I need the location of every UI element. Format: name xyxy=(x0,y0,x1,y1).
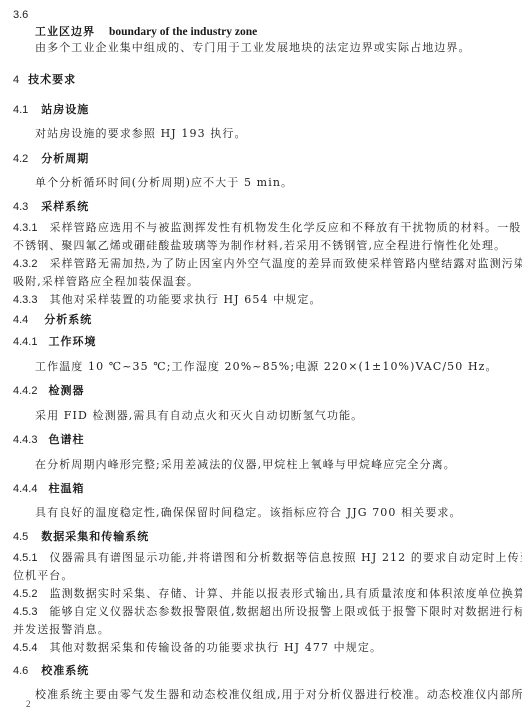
clause-4-5-4: 4.5.4其他对数据采集和传输设备的功能要求执行 HJ 477 中规定。 xyxy=(13,641,382,655)
clause-4-3-1: 4.3.1采样管路应选用不与被监测挥发性有机物发生化学反应和不释放有干扰物质的材… xyxy=(13,221,522,235)
subsection-number: 4.4.1 xyxy=(13,336,37,348)
section-number: 4.3 xyxy=(13,201,28,213)
clause-number: 4.3.2 xyxy=(13,258,37,270)
section-number: 4.4 xyxy=(13,314,28,326)
clause-4-3-1-cont: 不锈钢、聚四氟乙烯或硼硅酸盐玻璃等为制作材料,若采用不锈钢管,应全程进行惰性化处… xyxy=(13,239,506,253)
clause-text: 其他对采样装置的功能要求执行 HJ 654 中规定。 xyxy=(49,293,321,306)
section-number: 4.1 xyxy=(13,104,28,116)
subsection-number: 4.4.2 xyxy=(13,385,37,397)
clause-4-3-2: 4.3.2采样管路无需加热,为了防止因室内外空气温度的差异而致使采样管路内壁结露… xyxy=(13,257,522,271)
section-heading-4-6: 4.6校准系统 xyxy=(13,664,89,678)
clause-4-5-1: 4.5.1仪器需具有谱图显示功能,并将谱图和分析数据等信息按照 HJ 212 的… xyxy=(13,551,522,565)
subsection-text-4-4-4: 具有良好的温度稳定性,确保保留时间稳定。该指标应符合 JJG 700 相关要求。 xyxy=(35,506,462,520)
clause-4-5-3-cont: 并发送报警消息。 xyxy=(13,623,110,637)
chapter-number: 4 xyxy=(13,74,19,86)
clause-4-3-3: 4.3.3其他对采样装置的功能要求执行 HJ 654 中规定。 xyxy=(13,293,322,307)
subsection-title: 工作环境 xyxy=(48,335,96,348)
chapter-heading: 4技术要求 xyxy=(13,73,76,87)
section-title: 采样系统 xyxy=(41,200,89,213)
clause-4-5-2: 4.5.2监测数据实时采集、存储、计算、并能以报表形式输出,具有质量浓度和体积浓… xyxy=(13,587,522,601)
section-title: 站房设施 xyxy=(41,103,89,116)
term-title: 工业区边界boundary of the industry zone xyxy=(35,25,257,39)
section-heading-4-5: 4.5数据采集和传输系统 xyxy=(13,530,149,544)
clause-text: 采样管路应选用不与被监测挥发性有机物发生化学反应和不释放有干扰物质的材料。一般以 xyxy=(49,221,522,234)
clause-text: 采样管路无需加热,为了防止因室内外空气温度的差异而致使采样管路内壁结露对监测污染… xyxy=(49,257,522,270)
clause-number: 4.3.1 xyxy=(13,222,37,234)
clause-number: 4.3.3 xyxy=(13,294,37,306)
subsection-title: 检测器 xyxy=(48,384,84,397)
section-title: 分析系统 xyxy=(44,313,92,326)
section-heading-4-3: 4.3采样系统 xyxy=(13,200,89,214)
clause-number: 4.5.1 xyxy=(13,552,37,564)
subsection-title: 柱温箱 xyxy=(48,482,84,495)
clause-number: 4.5.3 xyxy=(13,606,37,618)
subsection-text-4-4-3: 在分析周期内峰形完整;采用差减法的仪器,甲烷柱上氧峰与甲烷峰应完全分离。 xyxy=(35,458,456,472)
clause-number: 4.5.4 xyxy=(13,642,37,654)
clause-4-3-2-cont: 吸附,采样管路应全程加装保温套。 xyxy=(13,275,199,289)
section-heading-4-2: 4.2分析周期 xyxy=(13,152,89,166)
subsection-text-4-4-1: 工作温度 10 ℃~35 ℃;工作湿度 20%~85%;电源 220×(1±10… xyxy=(35,360,498,374)
section-heading-4-1: 4.1站房设施 xyxy=(13,103,89,117)
subsection-text-4-4-2: 采用 FID 检测器,需具有自动点火和灭火自动切断氢气功能。 xyxy=(35,409,363,423)
subsection-heading-4-4-1: 4.4.1工作环境 xyxy=(13,335,96,349)
section-title: 分析周期 xyxy=(41,152,89,165)
clause-text: 监测数据实时采集、存储、计算、并能以报表形式输出,具有质量浓度和体积浓度单位换算… xyxy=(49,587,522,600)
section-title: 数据采集和传输系统 xyxy=(41,530,149,543)
subsection-number: 4.4.3 xyxy=(13,434,37,446)
clause-text: 仪器需具有谱图显示功能,并将谱图和分析数据等信息按照 HJ 212 的要求自动定… xyxy=(49,551,522,564)
page-number: 2 xyxy=(26,699,31,708)
term-title-en: boundary of the industry zone xyxy=(109,26,257,38)
section-number: 4.6 xyxy=(13,665,28,677)
clause-text: 能够自定义仪器状态参数报警限值,数据超出所设报警上限或低于报警下限时对数据进行标… xyxy=(49,605,522,618)
section-number: 4.2 xyxy=(13,153,28,165)
section-title: 校准系统 xyxy=(41,664,89,677)
clause-text: 其他对数据采集和传输设备的功能要求执行 HJ 477 中规定。 xyxy=(49,641,382,654)
subsection-heading-4-4-4: 4.4.4柱温箱 xyxy=(13,482,84,496)
section-heading-4-4: 4.4分析系统 xyxy=(13,313,92,327)
subsection-title: 色谱柱 xyxy=(48,433,84,446)
clause-4-5-1-cont: 位机平台。 xyxy=(13,569,74,583)
subsection-number: 4.4.4 xyxy=(13,483,37,495)
section-text-4-1: 对站房设施的要求参照 HJ 193 执行。 xyxy=(35,127,247,141)
section-text-4-6: 校准系统主要由零气发生器和动态校准仪组成,用于对分析仪器进行校准。动态校准仪内部… xyxy=(35,688,522,702)
subsection-heading-4-4-2: 4.4.2检测器 xyxy=(13,384,84,398)
section-number: 4.5 xyxy=(13,531,28,543)
term-number: 3.6 xyxy=(13,8,28,22)
term-title-zh: 工业区边界 xyxy=(35,25,95,38)
clause-number: 4.5.2 xyxy=(13,588,37,600)
clause-4-5-3: 4.5.3能够自定义仪器状态参数报警限值,数据超出所设报警上限或低于报警下限时对… xyxy=(13,605,522,619)
term-definition: 由多个工业企业集中组成的、专门用于工业发展地块的法定边界或实际占地边界。 xyxy=(35,41,471,55)
section-text-4-2: 单个分析循环时间(分析周期)应不大于 5 min。 xyxy=(35,176,293,190)
chapter-title: 技术要求 xyxy=(28,73,76,86)
subsection-heading-4-4-3: 4.4.3色谱柱 xyxy=(13,433,84,447)
